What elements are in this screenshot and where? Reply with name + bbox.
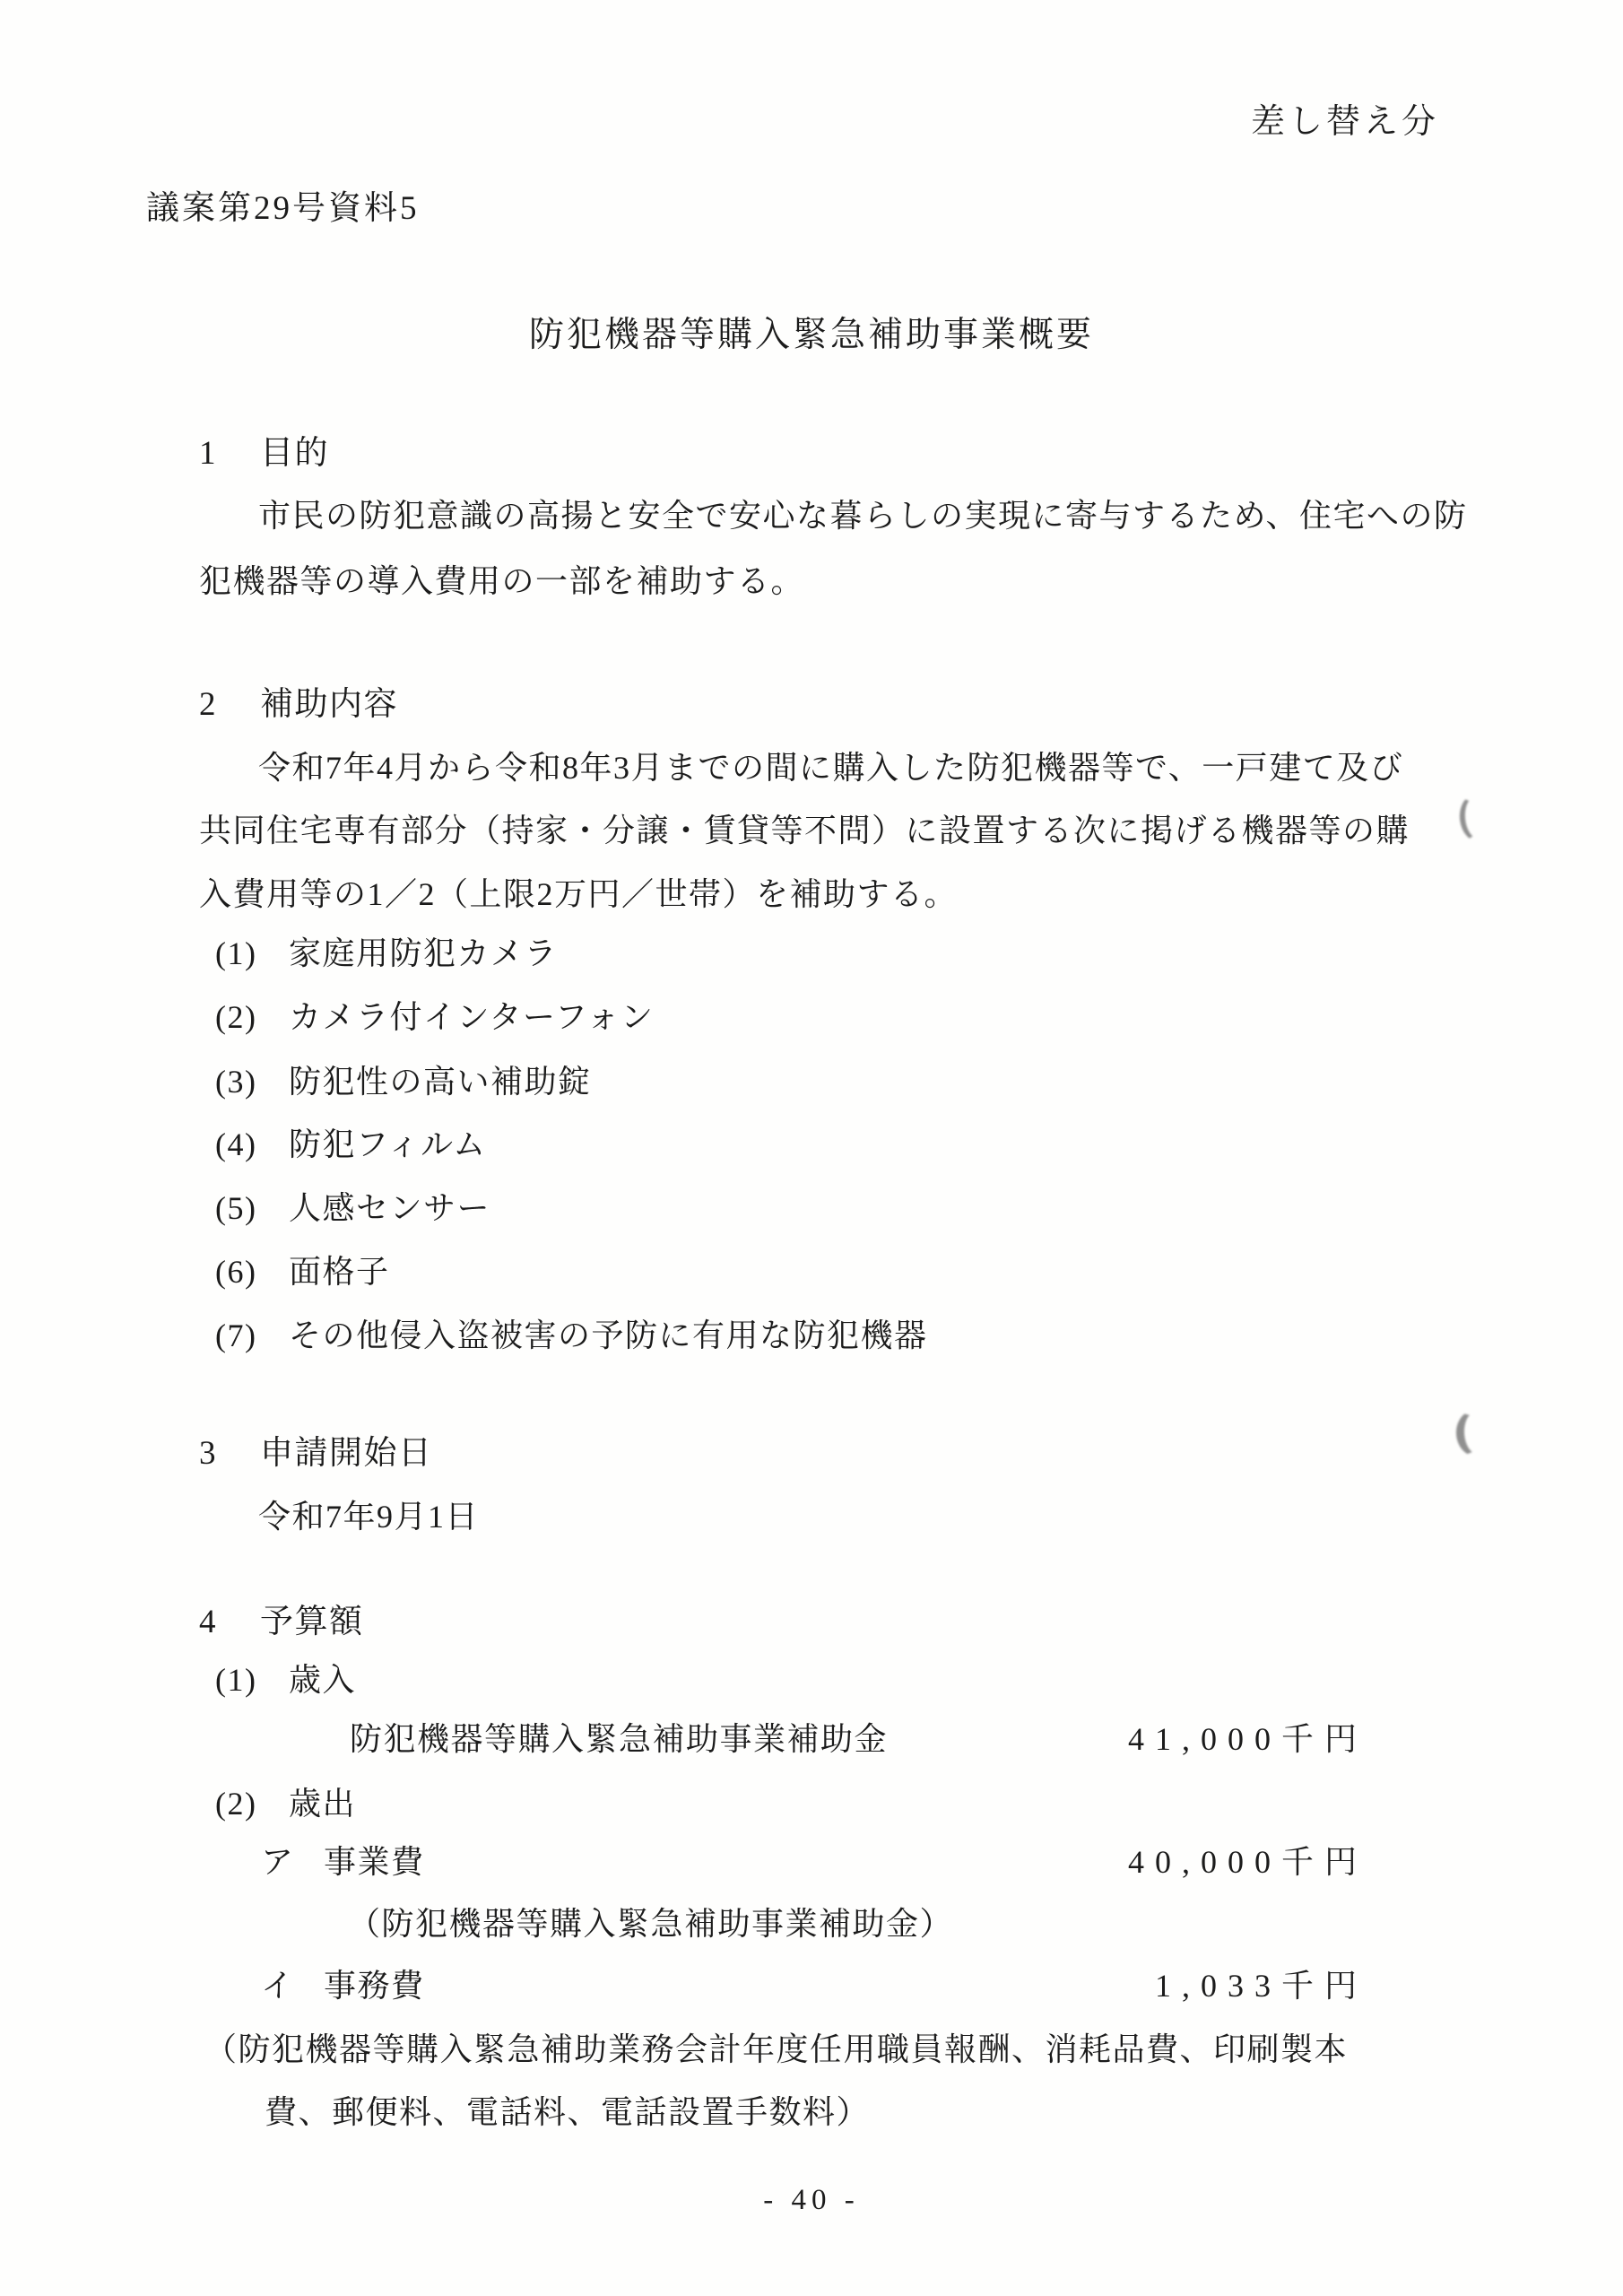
list-item-label: その他侵入盗被害の予防に有用な防犯機器 — [289, 1318, 928, 1353]
section-purpose-heading: 1目的 — [199, 437, 329, 470]
subsidy-text-line3: 入費用等の1／2（上限2万円／世帯）を補助する。 — [199, 878, 958, 910]
admin-cost-row: イ事務費 — [261, 1970, 425, 2002]
revenue-heading: (1)歳入 — [215, 1664, 356, 1696]
list-item-label: カメラ付インターフォン — [289, 999, 654, 1035]
section-subsidy-title: 補助内容 — [260, 686, 398, 723]
list-item-number: (4) — [215, 1128, 289, 1161]
list-item: (3)防犯性の高い補助錠 — [215, 1065, 592, 1098]
section-purpose-title: 目的 — [260, 435, 329, 472]
page-number: - 40 - — [0, 2186, 1623, 2215]
subsidy-text-line1: 令和7年4月から令和8年3月までの間に購入した防犯機器等で、一戸建て及び — [258, 752, 1403, 784]
list-item-label: 面格子 — [289, 1254, 390, 1290]
scanned-document-page: 差し替え分 議案第29号資料5 防犯機器等購入緊急補助事業概要 1目的 市民の防… — [0, 0, 1623, 2296]
expenditure-number: (2) — [215, 1787, 289, 1820]
scan-artifact-crescent — [1457, 793, 1495, 843]
list-item: (6)面格子 — [215, 1256, 390, 1288]
admin-cost-label: 事務費 — [324, 1968, 425, 2004]
section-budget-number: 4 — [199, 1605, 260, 1639]
section-start-date-number: 3 — [199, 1437, 260, 1470]
section-start-date-heading: 3申請開始日 — [199, 1437, 433, 1470]
expenditure-heading: (2)歳出 — [215, 1787, 356, 1820]
replacement-note: 差し替え分 — [1251, 105, 1439, 139]
list-item-number: (1) — [215, 937, 289, 970]
list-item: (5)人感センサー — [215, 1192, 490, 1224]
list-item: (7)その他侵入盗被害の予防に有用な防犯機器 — [215, 1319, 928, 1352]
section-budget-heading: 4予算額 — [199, 1605, 364, 1639]
expenditure-title: 歳出 — [289, 1786, 356, 1822]
list-item-number: (5) — [215, 1192, 289, 1224]
list-item-label: 防犯性の高い補助錠 — [289, 1064, 592, 1100]
document-reference: 議案第29号資料5 — [146, 192, 420, 225]
revenue-number: (1) — [215, 1664, 289, 1696]
project-cost-row: ア事業費 — [261, 1846, 425, 1878]
list-item: (1)家庭用防犯カメラ — [215, 937, 558, 970]
list-item-label: 人感センサー — [289, 1190, 490, 1226]
revenue-amount: 41,000千円 — [1128, 1723, 1367, 1755]
list-item-number: (2) — [215, 1001, 289, 1033]
project-cost-amount: 40,000千円 — [1128, 1846, 1367, 1878]
list-item-label: 防犯フィルム — [289, 1126, 487, 1162]
start-date-value: 令和7年9月1日 — [258, 1500, 479, 1533]
section-budget-title: 予算額 — [260, 1604, 364, 1640]
list-item: (2)カメラ付インターフォン — [215, 1001, 654, 1033]
list-item-label: 家庭用防犯カメラ — [289, 935, 558, 971]
list-item-number: (7) — [215, 1319, 289, 1352]
section-purpose-number: 1 — [199, 437, 260, 470]
admin-cost-note-line2: 費、郵便料、電話料、電話設置手数料） — [265, 2096, 870, 2128]
project-cost-marker: ア — [261, 1846, 324, 1878]
list-item-number: (3) — [215, 1065, 289, 1098]
scan-artifact-crescent — [1454, 1409, 1497, 1458]
section-start-date-title: 申請開始日 — [260, 1435, 433, 1472]
admin-cost-note-line1: （防犯機器等購入緊急補助業務会計年度任用職員報酬、消耗品費、印刷製本 — [204, 2033, 1348, 2066]
section-subsidy-heading: 2補助内容 — [199, 688, 398, 721]
purpose-text-line2: 犯機器等の導入費用の一部を補助する。 — [199, 565, 804, 597]
section-subsidy-number: 2 — [199, 688, 260, 721]
purpose-text-line1: 市民の防犯意識の高揚と安全で安心な暮らしの実現に寄与するため、住宅への防 — [258, 500, 1468, 532]
admin-cost-marker: イ — [261, 1970, 324, 2002]
revenue-title: 歳入 — [289, 1662, 356, 1698]
project-cost-label: 事業費 — [324, 1844, 425, 1880]
subsidy-text-line2: 共同住宅専有部分（持家・分譲・賃貸等不問）に設置する次に掲げる機器等の購 — [199, 814, 1410, 847]
list-item-number: (6) — [215, 1256, 289, 1288]
project-cost-note: （防犯機器等購入緊急補助事業補助金） — [348, 1908, 953, 1940]
document-title: 防犯機器等購入緊急補助事業概要 — [0, 317, 1623, 352]
list-item: (4)防犯フィルム — [215, 1128, 487, 1161]
admin-cost-amount: 1,033千円 — [1155, 1970, 1367, 2002]
revenue-item-label: 防犯機器等購入緊急補助事業補助金 — [350, 1723, 888, 1755]
